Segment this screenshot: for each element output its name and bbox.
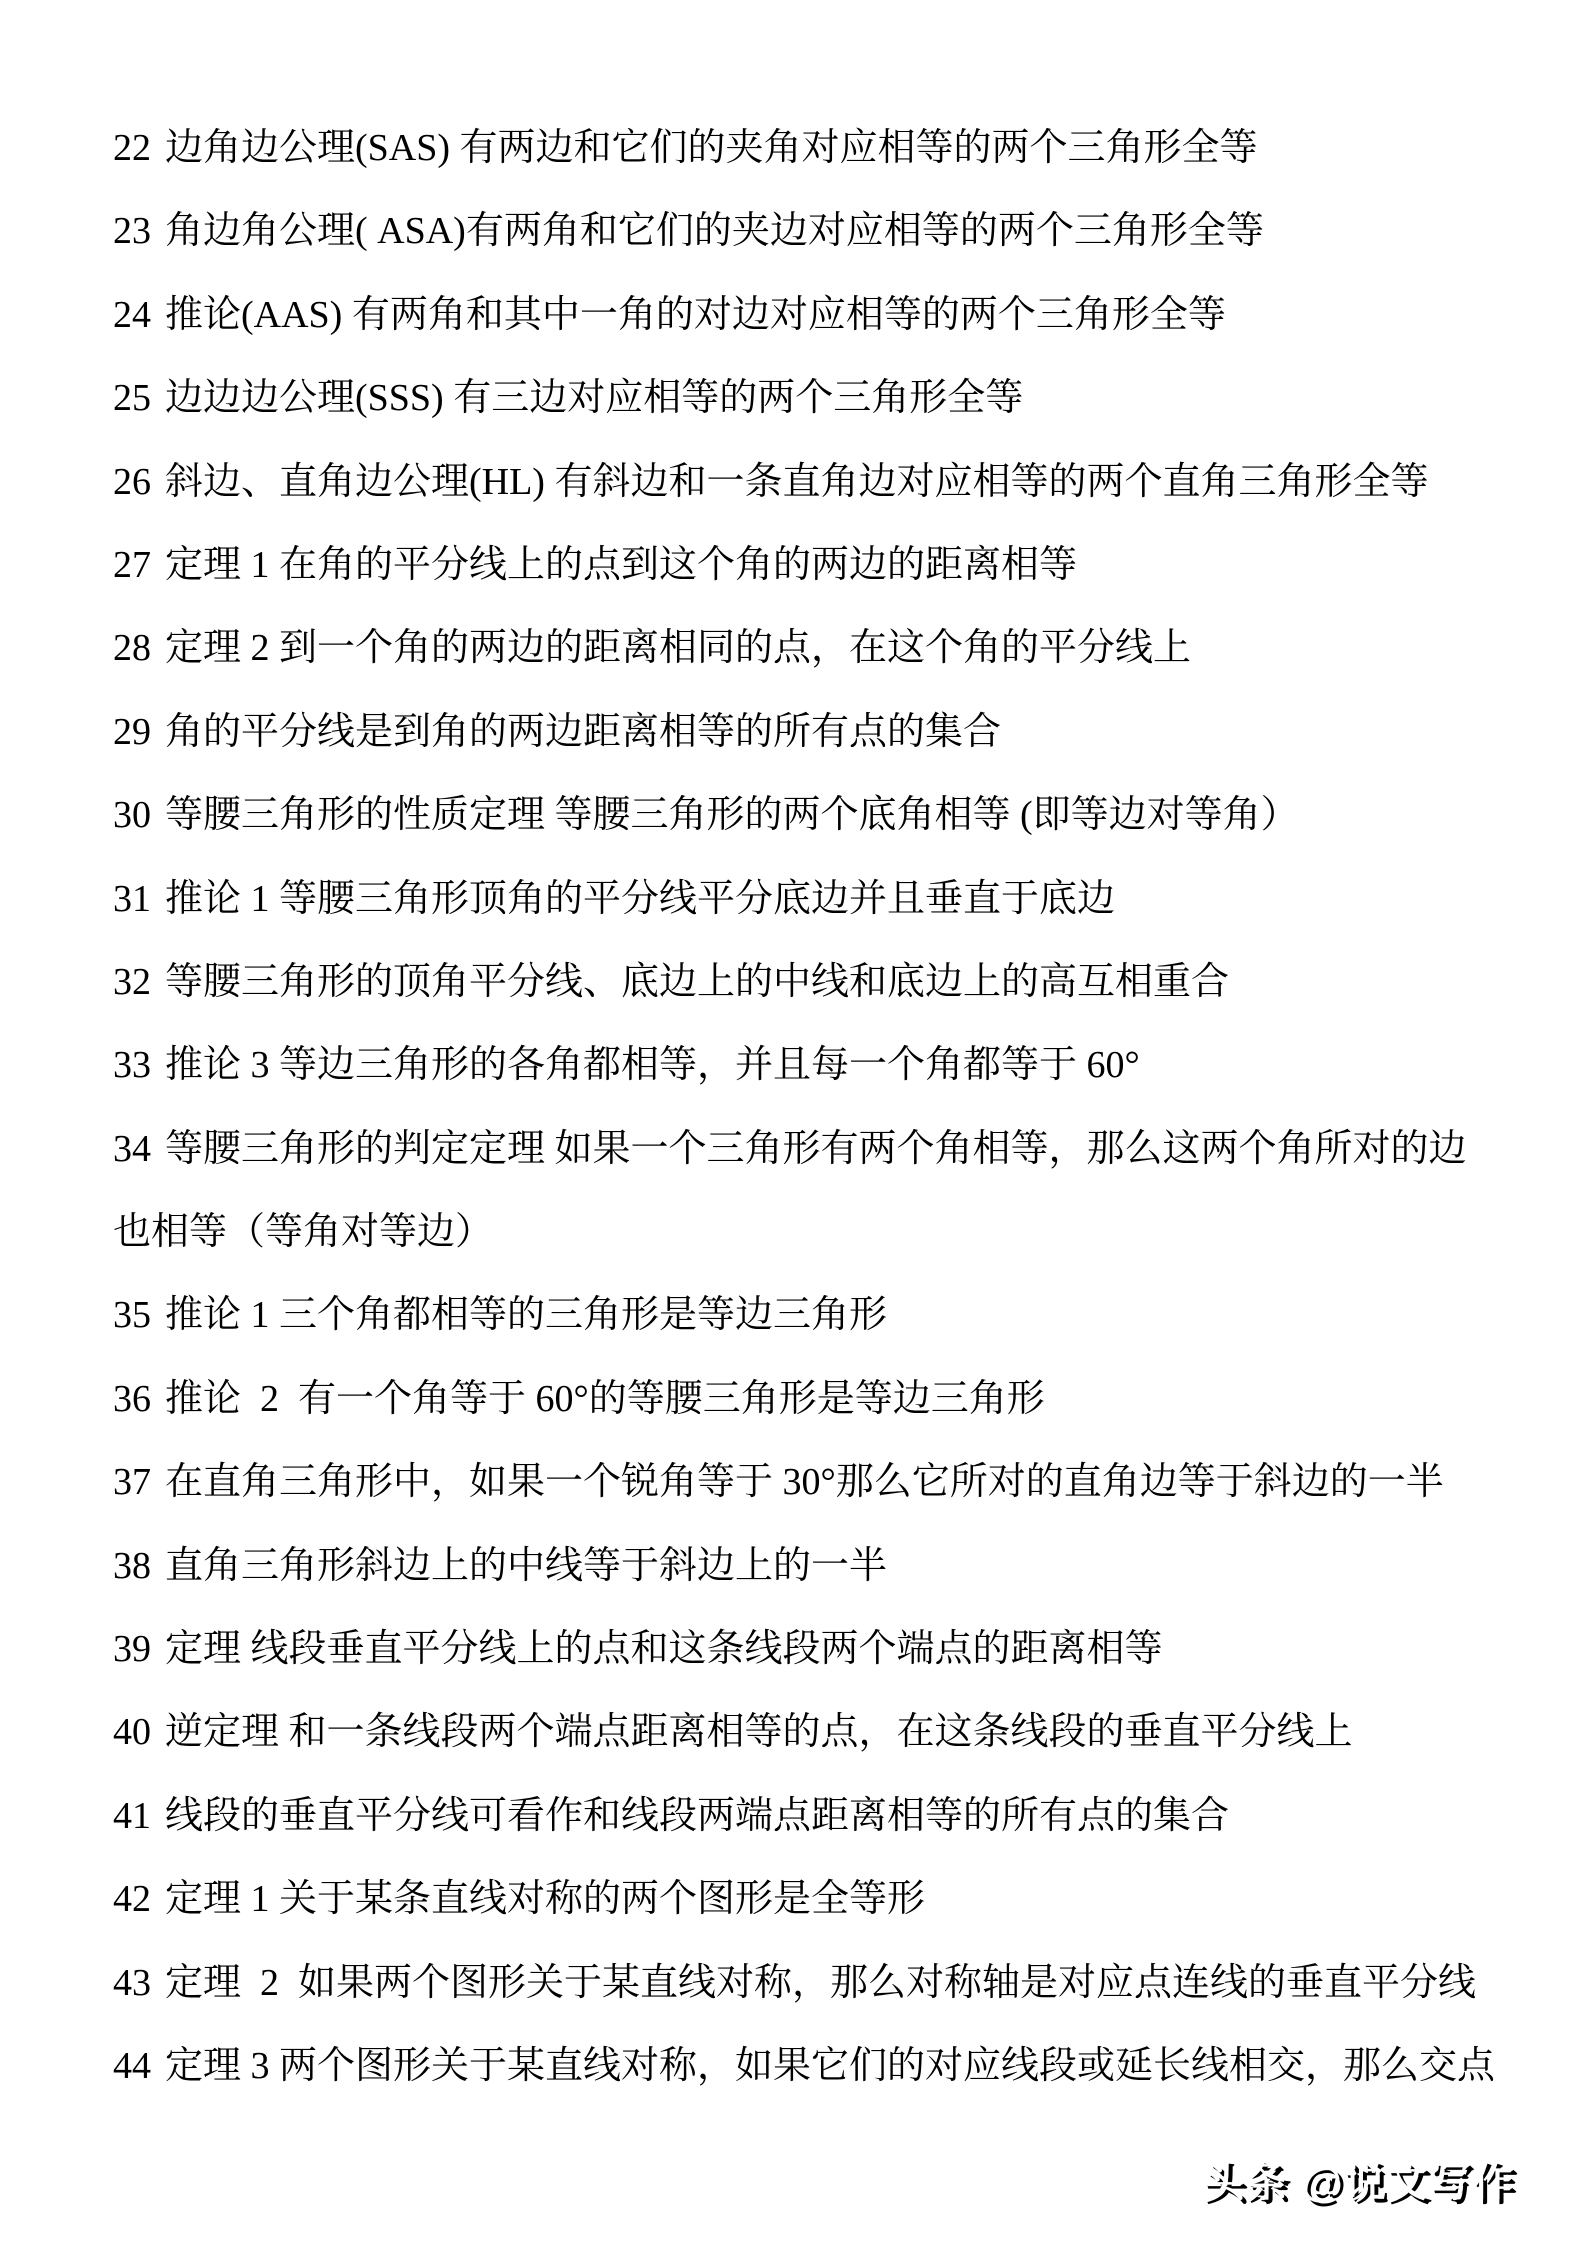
- theorem-number: 42: [113, 1878, 151, 1920]
- theorem-number: 38: [113, 1545, 151, 1587]
- theorem-text: 推论 3 等边三角形的各角都相等，并且每一个角都等于 60°: [165, 1044, 1140, 1086]
- theorem-text: 角的平分线是到角的两边距离相等的所有点的集合: [165, 711, 1001, 753]
- theorem-text: 逆定理 和一条线段两个端点距离相等的点，在这条线段的垂直平分线上: [165, 1711, 1353, 1753]
- theorem-number: 30: [113, 794, 151, 836]
- theorem-line: 32等腰三角形的顶角平分线、底边上的中线和底边上的高互相重合: [113, 941, 1533, 1024]
- theorem-text: 线段的垂直平分线可看作和线段两端点距离相等的所有点的集合: [165, 1795, 1229, 1837]
- theorem-line: 42定理 1 关于某条直线对称的两个图形是全等形: [113, 1858, 1533, 1941]
- theorem-text: 也相等（等角对等边）: [113, 1211, 493, 1253]
- theorem-line: 35推论 1 三个角都相等的三角形是等边三角形: [113, 1274, 1533, 1357]
- theorem-number: 26: [113, 461, 151, 503]
- theorem-text: 定理 3 两个图形关于某直线对称，如果它们的对应线段或延长线相交，那么交点: [165, 2045, 1495, 2087]
- theorem-number: 34: [113, 1128, 151, 1170]
- theorem-text: 在直角三角形中，如果一个锐角等于 30°那么它所对的直角边等于斜边的一半: [165, 1461, 1444, 1503]
- theorem-text: 定理 2 到一个角的两边的距离相同的点，在这个角的平分线上: [165, 627, 1191, 669]
- toutiao-watermark: 头条 @说文写作: [1202, 2158, 1515, 2206]
- theorem-number: 37: [113, 1461, 151, 1503]
- theorem-line: 29角的平分线是到角的两边距离相等的所有点的集合: [113, 691, 1533, 774]
- theorem-text: 等腰三角形的性质定理 等腰三角形的两个底角相等 (即等边对等角）: [165, 794, 1299, 836]
- theorem-line: 44定理 3 两个图形关于某直线对称，如果它们的对应线段或延长线相交，那么交点: [113, 2025, 1533, 2108]
- theorem-number: 39: [113, 1628, 151, 1670]
- theorem-text: 直角三角形斜边上的中线等于斜边上的一半: [165, 1545, 887, 1587]
- theorem-text: 推论(AAS) 有两角和其中一角的对边对应相等的两个三角形全等: [165, 294, 1226, 336]
- theorem-number: 27: [113, 544, 151, 586]
- theorem-number: 36: [113, 1378, 151, 1420]
- theorem-number: 44: [113, 2045, 151, 2087]
- theorem-line: 26斜边、直角边公理(HL) 有斜边和一条直角边对应相等的两个直角三角形全等: [113, 441, 1533, 524]
- theorem-line: 24推论(AAS) 有两角和其中一角的对边对应相等的两个三角形全等: [113, 274, 1533, 357]
- theorem-line: 27定理 1 在角的平分线上的点到这个角的两边的距离相等: [113, 524, 1533, 607]
- theorem-number: 28: [113, 627, 151, 669]
- theorem-number: 35: [113, 1294, 151, 1336]
- theorem-line: 23角边角公理( ASA)有两角和它们的夹边对应相等的两个三角形全等: [113, 190, 1533, 273]
- theorem-text: 定理 1 在角的平分线上的点到这个角的两边的距离相等: [165, 544, 1077, 586]
- theorem-line: 39定理 线段垂直平分线上的点和这条线段两个端点的距离相等: [113, 1608, 1533, 1691]
- theorem-number: 22: [113, 127, 151, 169]
- theorem-number: 32: [113, 961, 151, 1003]
- theorem-number: 43: [113, 1962, 151, 2004]
- theorem-line: 33推论 3 等边三角形的各角都相等，并且每一个角都等于 60°: [113, 1024, 1533, 1107]
- theorem-line: 25边边边公理(SSS) 有三边对应相等的两个三角形全等: [113, 357, 1533, 440]
- theorem-line: 34等腰三角形的判定定理 如果一个三角形有两个角相等，那么这两个角所对的边: [113, 1108, 1533, 1191]
- theorem-text: 等腰三角形的顶角平分线、底边上的中线和底边上的高互相重合: [165, 961, 1229, 1003]
- theorem-line: 22边角边公理(SAS) 有两边和它们的夹角对应相等的两个三角形全等: [113, 107, 1533, 190]
- theorem-number: 33: [113, 1044, 151, 1086]
- theorem-line: 36推论 2 有一个角等于 60°的等腰三角形是等边三角形: [113, 1358, 1533, 1441]
- theorem-text: 角边角公理( ASA)有两角和它们的夹边对应相等的两个三角形全等: [165, 210, 1264, 252]
- document-page: 22边角边公理(SAS) 有两边和它们的夹角对应相等的两个三角形全等 23角边角…: [0, 0, 1587, 2245]
- theorem-number: 31: [113, 878, 151, 920]
- theorem-number: 29: [113, 711, 151, 753]
- theorem-text: 定理 线段垂直平分线上的点和这条线段两个端点的距离相等: [165, 1628, 1163, 1670]
- theorem-number: 23: [113, 210, 151, 252]
- theorem-line: 也相等（等角对等边）: [113, 1191, 1533, 1274]
- theorem-text: 推论 1 三个角都相等的三角形是等边三角形: [165, 1294, 887, 1336]
- theorem-text: 定理 1 关于某条直线对称的两个图形是全等形: [165, 1878, 925, 1920]
- theorem-number: 25: [113, 377, 151, 419]
- theorem-text: 定理 2 如果两个图形关于某直线对称，那么对称轴是对应点连线的垂直平分线: [165, 1962, 1476, 2004]
- theorem-number: 40: [113, 1711, 151, 1753]
- theorem-line: 30等腰三角形的性质定理 等腰三角形的两个底角相等 (即等边对等角）: [113, 774, 1533, 857]
- theorem-text: 边边边公理(SSS) 有三边对应相等的两个三角形全等: [165, 377, 1023, 419]
- theorem-list: 22边角边公理(SAS) 有两边和它们的夹角对应相等的两个三角形全等 23角边角…: [113, 107, 1533, 2108]
- theorem-line: 28定理 2 到一个角的两边的距离相同的点，在这个角的平分线上: [113, 607, 1533, 690]
- theorem-line: 40逆定理 和一条线段两个端点距离相等的点，在这条线段的垂直平分线上: [113, 1691, 1533, 1774]
- theorem-text: 推论 1 等腰三角形顶角的平分线平分底边并且垂直于底边: [165, 878, 1115, 920]
- theorem-line: 37在直角三角形中，如果一个锐角等于 30°那么它所对的直角边等于斜边的一半: [113, 1441, 1533, 1524]
- theorem-number: 41: [113, 1795, 151, 1837]
- theorem-line: 41线段的垂直平分线可看作和线段两端点距离相等的所有点的集合: [113, 1775, 1533, 1858]
- theorem-text: 边角边公理(SAS) 有两边和它们的夹角对应相等的两个三角形全等: [165, 127, 1258, 169]
- theorem-line: 38直角三角形斜边上的中线等于斜边上的一半: [113, 1525, 1533, 1608]
- theorem-line: 31推论 1 等腰三角形顶角的平分线平分底边并且垂直于底边: [113, 858, 1533, 941]
- theorem-number: 24: [113, 294, 151, 336]
- theorem-text: 推论 2 有一个角等于 60°的等腰三角形是等边三角形: [165, 1378, 1045, 1420]
- theorem-line: 43定理 2 如果两个图形关于某直线对称，那么对称轴是对应点连线的垂直平分线: [113, 1942, 1533, 2025]
- theorem-text: 斜边、直角边公理(HL) 有斜边和一条直角边对应相等的两个直角三角形全等: [165, 461, 1428, 503]
- theorem-text: 等腰三角形的判定定理 如果一个三角形有两个角相等，那么这两个角所对的边: [165, 1128, 1467, 1170]
